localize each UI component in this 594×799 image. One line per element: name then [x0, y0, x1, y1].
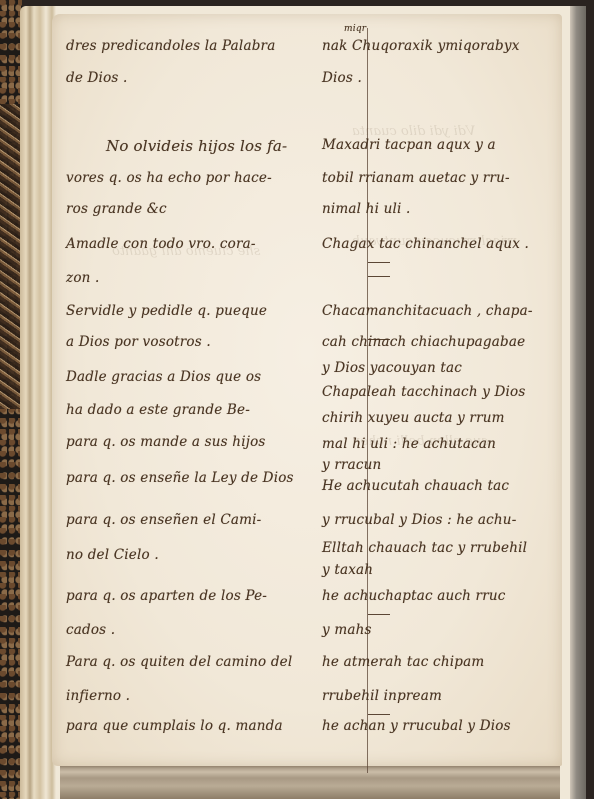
indigenous-line: Dios .: [322, 70, 362, 86]
spanish-line: vores q. os ha echo por hace-: [66, 170, 272, 186]
column-bracket: [368, 614, 390, 615]
indigenous-line: he achan y rrucubal y Dios: [322, 718, 511, 734]
spanish-line: para q. os enseñen el Cami-: [66, 512, 261, 528]
spanish-line: para que cumplais lo q. manda: [66, 718, 283, 734]
indigenous-line: y rracun: [322, 457, 381, 473]
spanish-line: cados .: [66, 622, 115, 638]
spanish-line: para q. os aparten de los Pe-: [66, 588, 267, 604]
spanish-line: Dadle gracias a Dios que os: [66, 369, 261, 385]
spanish-line: Para q. os quiten del camino del: [66, 654, 292, 670]
indigenous-line: Maxadri tacpan aqux y a: [322, 137, 496, 153]
bottom-page-edge: [60, 764, 560, 799]
indigenous-line: nak Chuqoraxik ymiqorabyx: [322, 38, 520, 54]
indigenous-line: chirih xuyeu aucta y rrum: [322, 410, 505, 426]
indigenous-line: y Dios yacouyan tac: [322, 360, 462, 376]
spanish-line: Amadle con todo vro. cora-: [66, 236, 256, 252]
indigenous-line: mal hi uli : he achutacan: [322, 436, 496, 452]
column-bracket: [368, 714, 390, 715]
spanish-line: ros grande &c: [66, 201, 167, 217]
spanish-line: de Dios .: [66, 70, 128, 86]
indigenous-line: cah chinach chiachupagabae: [322, 334, 525, 350]
spanish-line: no del Cielo .: [66, 547, 159, 563]
spanish-line: Servidle y pedidle q. pueque: [66, 303, 267, 319]
indigenous-line: he achuchaptac auch rruc: [322, 588, 506, 604]
spanish-line: No olvideis hijos los fa-: [106, 137, 287, 155]
indigenous-line: Chapaleah tacchinach y Dios: [322, 384, 526, 400]
interlinear-insertion: miqr: [344, 24, 366, 34]
spanish-line: para q. os enseñe la Ley de Dios: [66, 470, 294, 486]
indigenous-line: tobil rrianam auetac y rru-: [322, 170, 510, 186]
indigenous-line: Chacamanchitacuach , chapa-: [322, 303, 533, 319]
spanish-line: zon .: [66, 270, 100, 286]
indigenous-line: y rrucubal y Dios : he achu-: [322, 512, 516, 528]
indigenous-line: Elltah chauach tac y rrubehil: [322, 540, 527, 556]
right-page-edge: [570, 6, 586, 799]
indigenous-line: he atmerah tac chipam: [322, 654, 484, 670]
column-bracket: [368, 276, 390, 277]
column-bracket: [368, 262, 390, 263]
marbled-cover: [0, 104, 20, 409]
indigenous-line: y mahs: [322, 622, 372, 638]
spanish-line: dres predicandoles la Palabra: [66, 38, 275, 54]
indigenous-line: nimal hi uli .: [322, 201, 411, 217]
spanish-line: a Dios por vosotros .: [66, 334, 211, 350]
spanish-line: ha dado a este grande Be-: [66, 402, 250, 418]
spanish-line: infierno .: [66, 688, 130, 704]
indigenous-line: Chagax tac chinanchel aqux .: [322, 236, 529, 252]
indigenous-line: y taxah: [322, 562, 373, 578]
indigenous-line: rrubehil inpream: [322, 688, 442, 704]
indigenous-line: He achucutah chauach tac: [322, 478, 509, 494]
spanish-line: para q. os mande a sus hijos: [66, 434, 266, 450]
